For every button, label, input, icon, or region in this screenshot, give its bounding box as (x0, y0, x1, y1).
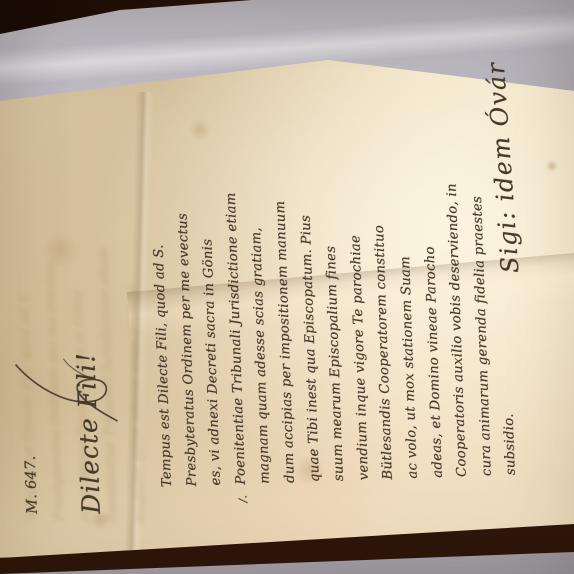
body-lines: Tempus est Dilecte Fili, quod ad S.Presb… (141, 53, 524, 488)
manuscript-text-block: Tempus est Dilecte Fili, quod ad S.Presb… (0, 47, 574, 526)
margin-mark: /. (236, 495, 249, 503)
photo-of-letter: Tempus est Dilecte Fili, quod ad S.Presb… (0, 0, 574, 574)
flourish-paraph-icon (11, 353, 122, 431)
reference-number: M. 647. (23, 455, 41, 514)
salutation: Dilecte Fili! (71, 352, 106, 515)
